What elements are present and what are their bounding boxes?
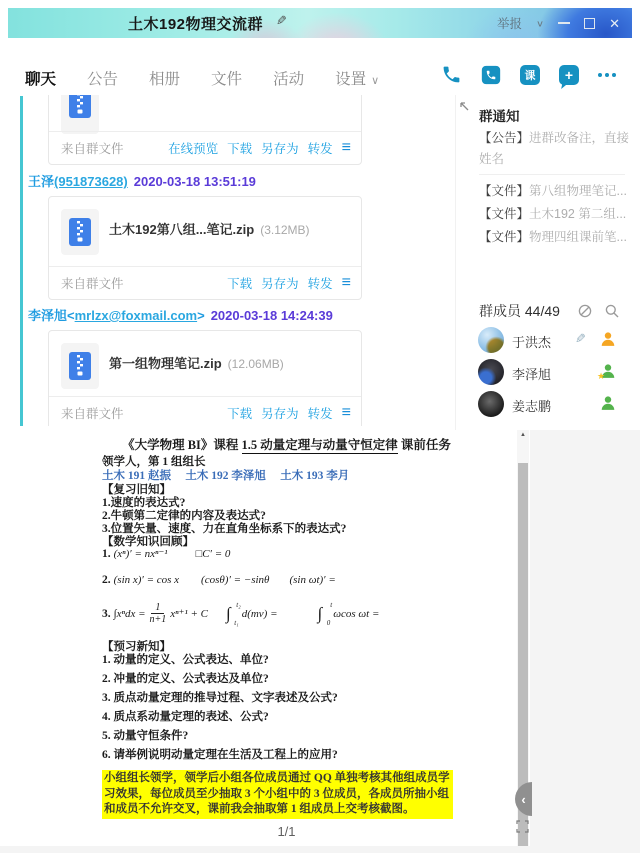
doc-preview-item: 5. 动量守恒条件? [102, 727, 188, 743]
notice-item-file[interactable]: 【文件】第八组物理笔记... [479, 181, 633, 202]
preview-bottom-strip [0, 846, 640, 853]
member-name: 于洪杰 [512, 332, 551, 351]
star-icon: ★ [597, 371, 605, 382]
math-number: 1. [102, 548, 111, 560]
member-level-badge-green-star: ★ [600, 363, 616, 379]
integral-lower-limit: 0 [327, 619, 331, 627]
group-info-sidebar: 群通知 【公告】进群改备注，直接姓名 【文件】第八组物理笔记... 【文件】土木… [455, 95, 633, 430]
math-fraction: 1n+1 [150, 602, 167, 625]
sender-qq-id-link[interactable]: (951873628) [54, 174, 128, 189]
math-formula: (sin x)′ = cos x [114, 574, 179, 586]
file-source-label: 来自群文件 [61, 404, 124, 422]
file-card-footer: 来自群文件 下载 另存为 转发 ≡ [49, 396, 361, 426]
notice-tag: 【文件】 [479, 184, 529, 198]
doc-preview-item: 3. 质点动量定理的推导过程、文字表述及公式? [102, 689, 338, 705]
toolbar-icons: 课 + [441, 64, 616, 85]
member-mute-icon[interactable] [577, 303, 593, 319]
doc-math-line-3: 3. ∫xⁿdx = 1n+1 xⁿ⁺¹ + C ∫t₂t₁ d(mv) = ∫… [102, 602, 379, 625]
doc-preview-item: 2. 冲量的定义、公式表达及单位? [102, 670, 269, 686]
preview-background [530, 430, 640, 853]
file-icon-box [61, 95, 99, 134]
chat-left-accent [20, 96, 23, 426]
file-actions: 在线预览 下载 另存为 转发 [168, 139, 333, 157]
close-button[interactable]: ✕ [609, 17, 620, 30]
chevron-down-icon: ∨ [371, 75, 379, 87]
integral-sign: ∫ [318, 604, 323, 623]
file-card-footer: 来自群文件 下载 另存为 转发 ≡ [49, 266, 361, 299]
sender-name[interactable]: 王泽 [28, 174, 54, 189]
save-as-link[interactable]: 另存为 [261, 139, 299, 157]
math-formula: ωcos ωt = [333, 608, 379, 620]
maximize-button[interactable] [584, 18, 595, 29]
file-source-label: 来自群文件 [61, 274, 124, 292]
math-integral: ∫t0 [318, 604, 334, 624]
edit-nickname-icon[interactable]: ✎ [575, 331, 586, 347]
tab-files[interactable]: 文件 [211, 67, 242, 89]
file-actions: 下载 另存为 转发 [227, 404, 333, 422]
doc-math-line-2: 2. (sin x)′ = cos x (cosθ)′ = −sinθ (sin… [102, 574, 336, 586]
file-size: (12.06MB) [228, 357, 284, 371]
doc-title-underlined: 1.5 动量定理与动量守恒定律 [242, 438, 398, 454]
sender-name[interactable]: 李泽旭 [28, 308, 67, 323]
message-timestamp: 2020-03-18 14:24:39 [211, 308, 333, 323]
doc-highlighted-note: 小组组长领学，领学后小组各位成员通过 QQ 单独考核其他组成员学习效果，每位成员… [102, 770, 453, 819]
notice-text: 土木192 第二组... [529, 207, 626, 221]
zip-file-icon [69, 95, 91, 118]
notice-tag: 【文件】 [479, 207, 529, 221]
save-as-link[interactable]: 另存为 [261, 404, 299, 422]
doc-title-suffix: 课前任务 [398, 438, 451, 452]
file-size: (3.12MB) [260, 223, 309, 237]
hamburger-menu-icon[interactable]: ≡ [342, 275, 351, 291]
member-row[interactable]: 姜志鹏 [456, 391, 633, 421]
page-indicator: 1/1 [64, 824, 509, 839]
download-link[interactable]: 下载 [227, 274, 252, 292]
doc-preview-item: 6. 请举例说明动量定理在生活及工程上的应用? [102, 746, 338, 762]
tab-announcements[interactable]: 公告 [87, 67, 118, 89]
member-row[interactable]: 李泽旭 ★ [456, 359, 633, 389]
file-message-card[interactable]: 土木192第八组...笔记.zip(3.12MB) 来自群文件 下载 另存为 转… [48, 196, 362, 300]
file-card-footer: 来自群文件 在线预览 下载 另存为 转发 ≡ [49, 131, 361, 164]
chevron-left-icon: ‹ [521, 792, 525, 807]
chat-panel: 来自群文件 在线预览 下载 另存为 转发 ≡ 王泽(951873628)2020… [8, 95, 455, 426]
integral-sign: ∫ [226, 604, 231, 623]
members-count-title: 群成员 44/49 [479, 301, 560, 321]
tab-album[interactable]: 相册 [149, 67, 180, 89]
member-level-badge-green [600, 395, 616, 411]
notice-tag: 【公告】 [479, 131, 529, 145]
avatar [478, 359, 504, 385]
file-message-card[interactable]: 来自群文件 在线预览 下载 另存为 转发 ≡ [48, 95, 362, 165]
file-message-card[interactable]: 第一组物理笔记.zip(12.06MB) 来自群文件 下载 另存为 转发 ≡ [48, 330, 362, 426]
notice-text: 物理四组课前笔... [529, 230, 627, 244]
forward-link[interactable]: 转发 [308, 139, 333, 157]
notice-item-announcement[interactable]: 【公告】进群改备注，直接姓名 [479, 128, 633, 170]
tab-chat[interactable]: 聊天 [25, 67, 56, 89]
doc-preview-item: 1. 动量的定义、公式表达、单位? [102, 651, 269, 667]
zip-file-icon [69, 218, 91, 246]
window-controls: 举报 ∨ ✕ [497, 8, 620, 38]
notice-tag: 【文件】 [479, 230, 529, 244]
notice-item-file[interactable]: 【文件】土木192 第二组... [479, 204, 633, 225]
video-call-icon[interactable] [481, 65, 501, 85]
file-name-text: 第一组物理笔记.zip [109, 356, 222, 371]
math-number: 2. [102, 574, 111, 586]
class-icon[interactable]: 课 [520, 65, 540, 85]
doc-title: 《大学物理 BI》课程 1.5 动量定理与动量守恒定律 课前任务 [64, 435, 509, 453]
member-name: 姜志鹏 [512, 396, 551, 415]
doc-math-line-1: 1. (xⁿ)′ = nxⁿ⁻¹ □C′ = 0 [102, 547, 230, 560]
math-formula: xⁿ⁺¹ + C [170, 607, 208, 620]
file-name: 土木192第八组...笔记.zip(3.12MB) [109, 219, 310, 238]
file-name-text: 土木192第八组...笔记.zip [109, 222, 254, 237]
doc-preview-item: 4. 质点系动量定理的表述、公式? [102, 708, 269, 724]
zip-file-icon [69, 352, 91, 380]
document-preview-panel: 《大学物理 BI》课程 1.5 动量定理与动量守恒定律 课前任务 领学人，第 1… [0, 430, 640, 853]
voice-call-icon[interactable] [441, 64, 462, 85]
tabs: 聊天 公告 相册 文件 活动 设置∨ [25, 67, 379, 89]
download-link[interactable]: 下载 [227, 139, 252, 157]
download-link[interactable]: 下载 [227, 404, 252, 422]
collapse-panel-icon[interactable] [458, 100, 470, 112]
group-title: 土木192物理交流群 [128, 13, 263, 34]
math-formula: d(mv) = [242, 608, 278, 620]
file-icon-box [61, 209, 99, 255]
angle-bracket: > [197, 308, 205, 323]
avatar [478, 327, 504, 353]
file-name: 第一组物理笔记.zip(12.06MB) [109, 353, 284, 372]
edit-title-icon[interactable]: ✎ [276, 13, 287, 29]
integral-lower-limit: t₁ [234, 619, 238, 627]
titlebar: 土木192物理交流群 ✎ 举报 ∨ ✕ [8, 8, 632, 38]
file-actions: 下载 另存为 转发 [227, 274, 333, 292]
notice-text: 第八组物理笔记... [529, 184, 627, 198]
minimize-button[interactable] [558, 22, 570, 24]
message-sender-line: 王泽(951873628)2020-03-18 13:51:19 [28, 171, 256, 190]
search-member-icon[interactable] [604, 303, 620, 319]
math-formula: (cosθ)′ = −sinθ [201, 574, 269, 586]
tab-activities[interactable]: 活动 [273, 67, 304, 89]
math-formula: ∫xⁿdx = [114, 608, 146, 620]
report-button[interactable]: 举报 [497, 14, 522, 32]
member-level-badge-orange [600, 331, 616, 347]
math-formula: (xⁿ)′ = nxⁿ⁻¹ [114, 547, 168, 560]
more-icon[interactable] [598, 65, 616, 85]
sender-email-link[interactable]: mrlzx@foxmail.com [75, 308, 198, 323]
angle-bracket: < [67, 308, 75, 323]
tab-bar: 聊天 公告 相册 文件 活动 设置∨ 课 + [8, 38, 632, 103]
file-icon-box [61, 343, 99, 389]
doc-title-prefix: 《大学物理 BI》课程 [122, 438, 241, 452]
preview-online-link[interactable]: 在线预览 [168, 139, 218, 157]
math-integral: ∫t₂t₁ [226, 604, 242, 624]
document-page: 《大学物理 BI》课程 1.5 动量定理与动量守恒定律 课前任务 领学人，第 1… [64, 430, 509, 846]
avatar [478, 391, 504, 417]
forward-link[interactable]: 转发 [308, 404, 333, 422]
divider [479, 174, 625, 175]
hamburger-menu-icon[interactable]: ≡ [342, 140, 351, 156]
scroll-up-arrow-icon[interactable]: ▲ [517, 432, 529, 438]
tab-settings[interactable]: 设置∨ [335, 67, 379, 89]
math-number: 3. [102, 608, 111, 620]
fraction-denominator: n+1 [150, 614, 167, 625]
file-source-label: 来自群文件 [61, 139, 124, 157]
tab-settings-label: 设置 [335, 71, 366, 88]
hamburger-menu-icon[interactable]: ≡ [342, 405, 351, 421]
fullscreen-icon[interactable] [516, 820, 529, 833]
forward-link[interactable]: 转发 [308, 274, 333, 292]
integral-upper-limit: t₂ [236, 601, 240, 609]
integral-upper-limit: t [330, 601, 332, 609]
qq-group-chat-window: 土木192物理交流群 ✎ 举报 ∨ ✕ 聊天 公告 相册 文件 活动 设置∨ [0, 0, 640, 853]
message-sender-line: 李泽旭<mrlzx@foxmail.com>2020-03-18 14:24:3… [28, 305, 333, 324]
member-name: 李泽旭 [512, 364, 551, 383]
math-formula: (sin ωt)′ = [289, 574, 335, 586]
notice-item-file[interactable]: 【文件】物理四组课前笔... [479, 227, 633, 248]
member-row[interactable]: 于洪杰 ✎ [456, 327, 633, 357]
fraction-numerator: 1 [151, 602, 164, 614]
save-as-link[interactable]: 另存为 [261, 274, 299, 292]
add-chat-icon[interactable]: + [559, 65, 579, 85]
math-formula: □C′ = 0 [196, 548, 231, 560]
group-notice-title: 群通知 [479, 105, 520, 125]
message-timestamp: 2020-03-18 13:51:19 [134, 174, 256, 189]
chevron-down-icon[interactable]: ∨ [536, 18, 544, 28]
